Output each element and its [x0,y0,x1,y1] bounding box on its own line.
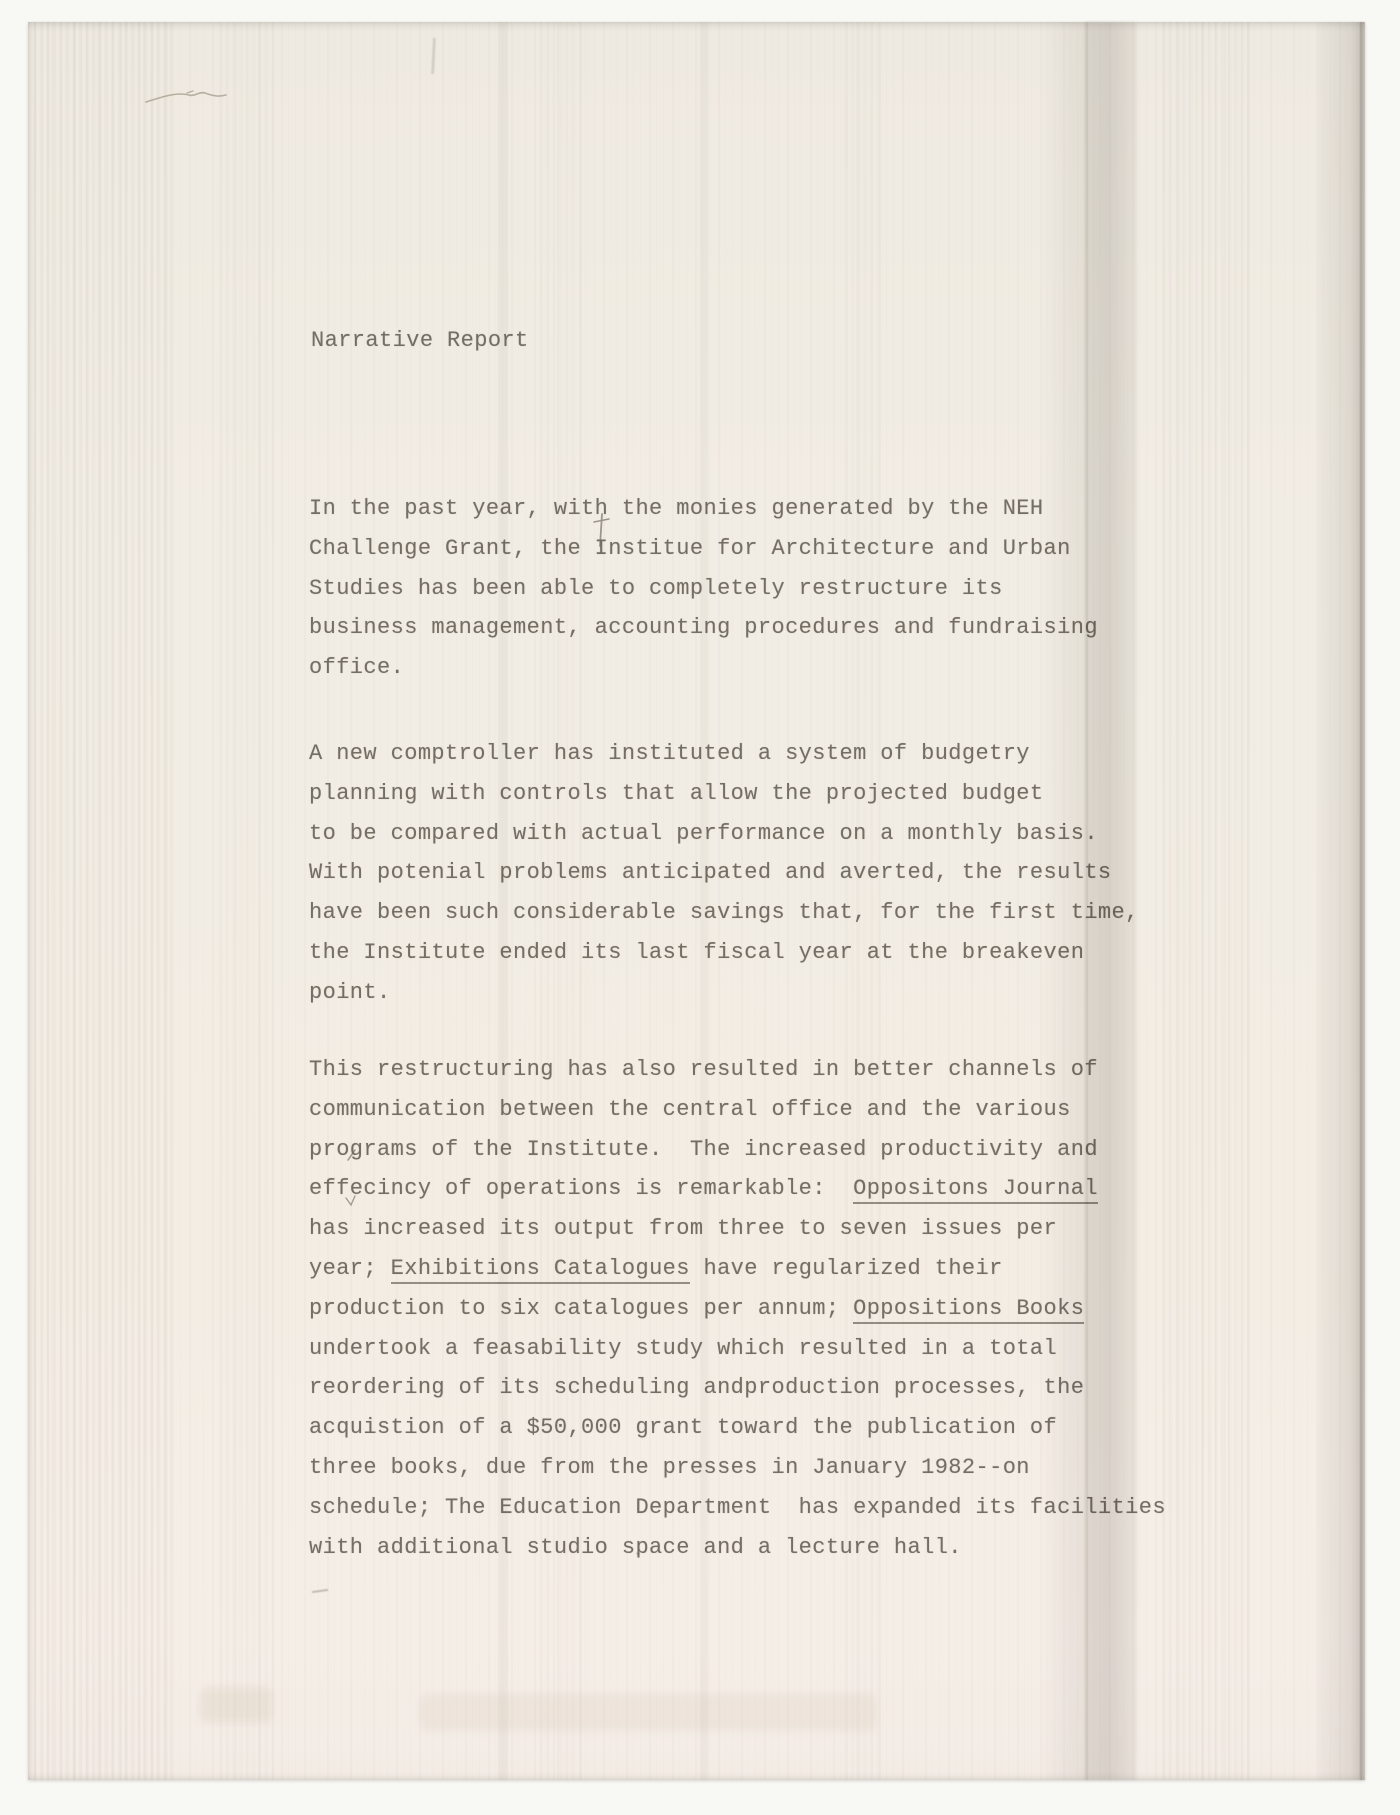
typed-text: business management, accounting procedur… [309,615,1098,640]
underlined-text: Oppositons Journal [853,1176,1098,1204]
typed-text: This restructuring has also resulted in … [309,1057,1098,1082]
typed-text: point. [309,980,391,1005]
typed-text: three books, due from the presses in Jan… [309,1455,1030,1480]
text-line: has increased its output from three to s… [309,1209,1166,1249]
typed-text: communication between the central office… [309,1097,1071,1122]
typed-text: undertook a feasability study which resu… [309,1336,1057,1361]
text-line: A new comptroller has instituted a syste… [309,734,1139,774]
text-line: have been such considerable savings that… [309,893,1139,933]
typed-text: to be compared with actual performance o… [309,821,1098,846]
underlined-text: Oppositions Books [853,1296,1084,1324]
document-title: Narrative Report [311,328,529,353]
text-line: office. [309,648,1098,688]
text-line: to be compared with actual performance o… [309,814,1139,854]
typed-text: reordering of its scheduling andproducti… [309,1375,1084,1400]
text-line: effecincy of operations is remarkable: O… [309,1169,1166,1209]
text-line: acquistion of a $50,000 grant toward the… [309,1408,1166,1448]
typed-text: production to six catalogues per annum; [309,1296,853,1321]
paragraph: This restructuring has also resulted in … [309,1050,1166,1567]
typed-text: year; [309,1256,391,1281]
typed-text: Studies has been able to completely rest… [309,576,1003,601]
typed-text: schedule; The Education Department has e… [309,1495,1166,1520]
text-line: Challenge Grant, the Institue for Archit… [309,529,1098,569]
text-line: the Institute ended its last fiscal year… [309,933,1139,973]
typed-text: office. [309,655,404,680]
typed-text: A new comptroller has instituted a syste… [309,741,1030,766]
text-line: schedule; The Education Department has e… [309,1488,1166,1528]
typed-text: with additional studio space and a lectu… [309,1535,962,1560]
text-line: With potenial problems anticipated and a… [309,853,1139,893]
text-line: This restructuring has also resulted in … [309,1050,1166,1090]
typed-text: effecincy of operations is remarkable: [309,1176,853,1201]
underlined-text: Exhibitions Catalogues [391,1256,690,1284]
scanned-page: Narrative Report In the past year, with … [28,22,1365,1780]
typed-text: have been such considerable savings that… [309,900,1139,925]
typed-text: programs of the Institute. The increased… [309,1137,1098,1162]
typed-text: have regularized their [690,1256,1003,1281]
typed-text: Challenge Grant, the Institue for Archit… [309,536,1071,561]
text-line: programs of the Institute. The increased… [309,1130,1166,1170]
text-line: three books, due from the presses in Jan… [309,1448,1166,1488]
text-line: Studies has been able to completely rest… [309,569,1098,609]
text-line: year; Exhibitions Catalogues have regula… [309,1249,1166,1289]
text-line: production to six catalogues per annum; … [309,1289,1166,1329]
typed-text: planning with controls that allow the pr… [309,781,1044,806]
text-line: with additional studio space and a lectu… [309,1528,1166,1568]
typed-text: the Institute ended its last fiscal year… [309,940,1084,965]
paragraph: In the past year, with the monies genera… [309,489,1098,688]
text-line: In the past year, with the monies genera… [309,489,1098,529]
text-line: business management, accounting procedur… [309,608,1098,648]
text-line: undertook a feasability study which resu… [309,1329,1166,1369]
text-line: point. [309,973,1139,1013]
document-content: Narrative Report In the past year, with … [28,22,1365,1780]
text-line: reordering of its scheduling andproducti… [309,1368,1166,1408]
paragraph: A new comptroller has instituted a syste… [309,734,1139,1013]
text-line: communication between the central office… [309,1090,1166,1130]
text-line: planning with controls that allow the pr… [309,774,1139,814]
typed-text: has increased its output from three to s… [309,1216,1057,1241]
typed-text: With potenial problems anticipated and a… [309,860,1112,885]
typed-text: In the past year, with the monies genera… [309,496,1044,521]
typed-text: acquistion of a $50,000 grant toward the… [309,1415,1057,1440]
